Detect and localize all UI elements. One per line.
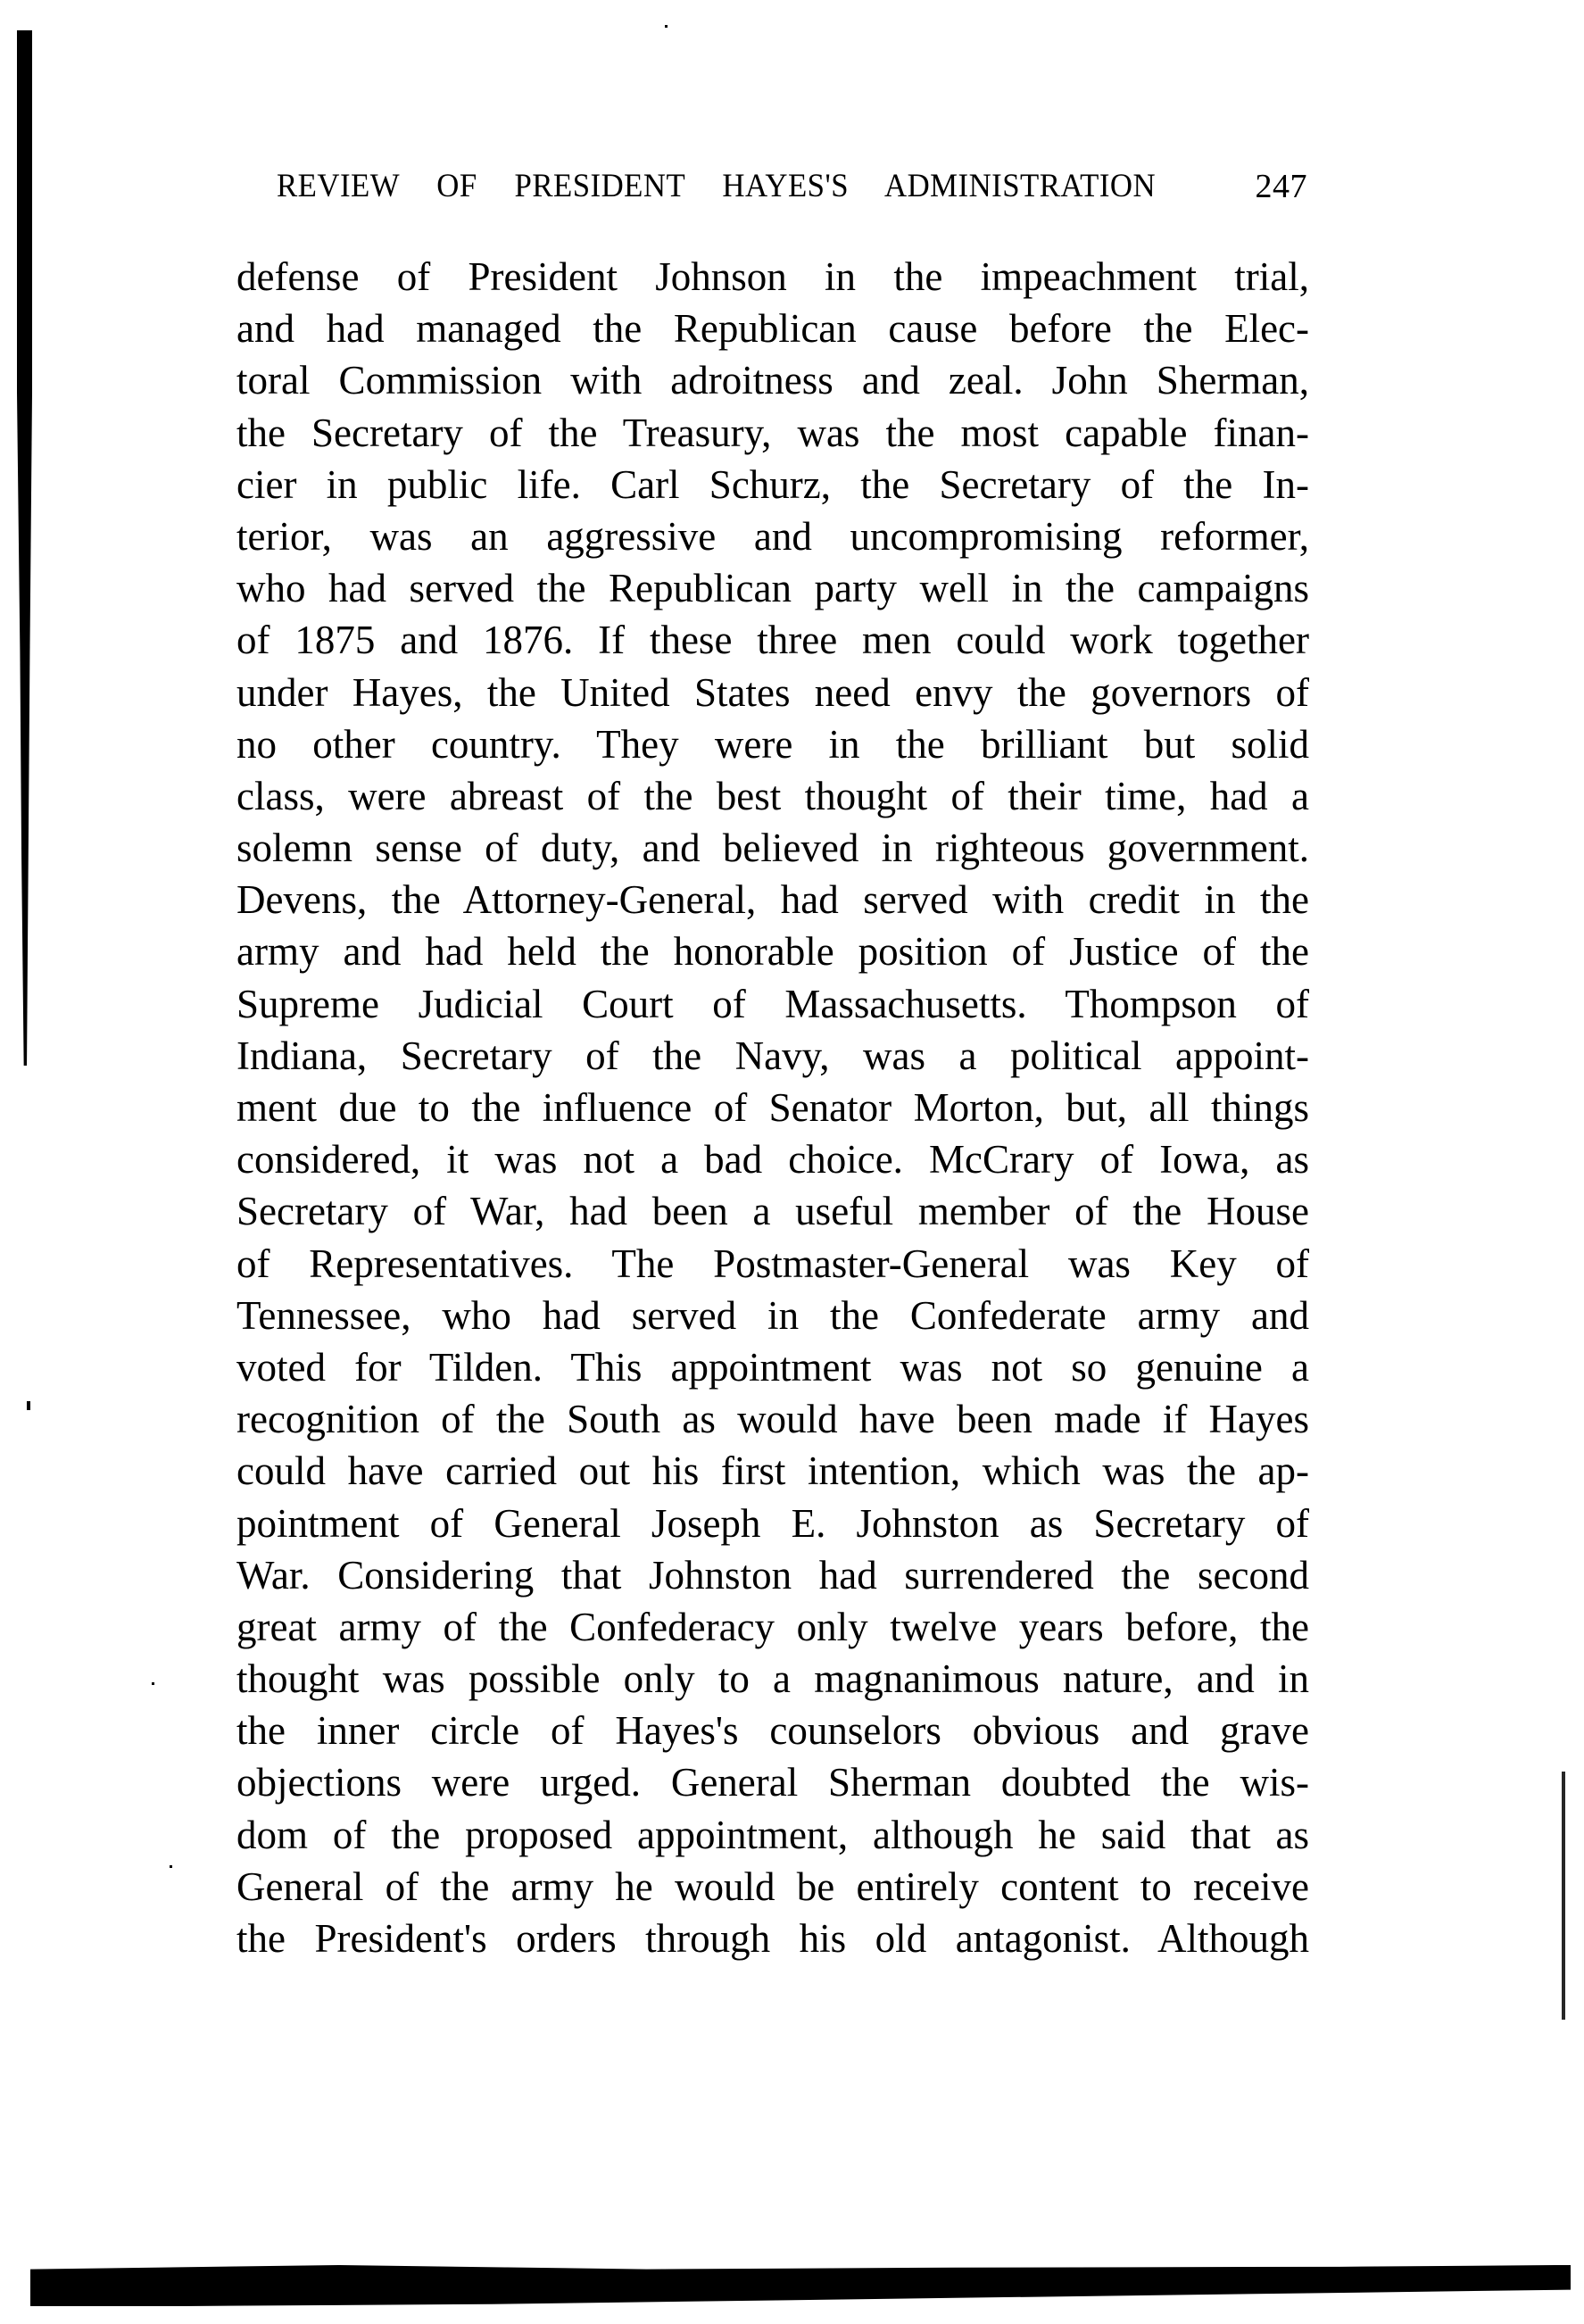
text-line-content: no other country. They were in the brill… [236, 718, 1309, 770]
text-line: Indiana, Secretary of the Navy, was a po… [236, 1030, 1309, 1082]
text-line-content: General of the army he would be entirely… [236, 1861, 1309, 1913]
text-line-content: who had served the Republican party well… [236, 562, 1309, 614]
text-line-content: thought was possible only to a magnanimo… [236, 1653, 1309, 1705]
running-head-title: REVIEW OF PRESIDENT HAYES'S ADMINISTRATI… [277, 166, 1156, 207]
text-line: terior, was an aggressive and uncompromi… [236, 510, 1309, 562]
body-text: defense of President Johnson in the impe… [236, 251, 1309, 1964]
text-line-content: defense of President Johnson in the impe… [236, 251, 1309, 303]
scan-edge-shadow-left [17, 30, 32, 1066]
text-line-content: cier in public life. Carl Schurz, the Se… [236, 459, 1309, 510]
scan-speck [152, 1682, 154, 1685]
text-line-content: the President's orders through his old a… [236, 1913, 1309, 1964]
text-line-content: recognition of the South as would have b… [236, 1393, 1309, 1445]
text-line: voted for Tilden. This appointment was n… [236, 1341, 1309, 1393]
text-line: thought was possible only to a magnanimo… [236, 1653, 1309, 1705]
text-line: cier in public life. Carl Schurz, the Se… [236, 459, 1309, 510]
text-line: and had managed the Republican cause bef… [236, 303, 1309, 354]
text-line: under Hayes, the United States need envy… [236, 667, 1309, 718]
text-line: defense of President Johnson in the impe… [236, 251, 1309, 303]
text-line-content: could have carried out his first intenti… [236, 1445, 1309, 1497]
scan-speck [665, 25, 668, 28]
text-line-content: Devens, the Attorney-General, had served… [236, 874, 1309, 925]
text-line-content: War. Considering that Johnston had surre… [236, 1549, 1309, 1601]
text-line-content: objections were urged. General Sherman d… [236, 1756, 1309, 1808]
text-line-content: voted for Tilden. This appointment was n… [236, 1341, 1309, 1393]
text-line-content: class, were abreast of the best thought … [236, 770, 1309, 822]
text-line-content: Secretary of War, had been a useful memb… [236, 1185, 1309, 1237]
text-line: Supreme Judicial Court of Massachusetts.… [236, 978, 1309, 1030]
text-line-content: solemn sense of duty, and believed in ri… [236, 822, 1309, 874]
text-line-content: dom of the proposed appointment, althoug… [236, 1809, 1309, 1861]
scan-speck [27, 1401, 30, 1410]
text-line-content: pointment of General Joseph E. Johnston … [236, 1498, 1309, 1549]
text-line: who had served the Republican party well… [236, 562, 1309, 614]
text-line-content: Supreme Judicial Court of Massachusetts.… [236, 978, 1309, 1030]
text-line-content: Indiana, Secretary of the Navy, was a po… [236, 1030, 1309, 1082]
text-line: Devens, the Attorney-General, had served… [236, 874, 1309, 925]
text-line: ment due to the influence of Senator Mor… [236, 1082, 1309, 1133]
text-line: the inner circle of Hayes's counselors o… [236, 1705, 1309, 1756]
text-line-content: terior, was an aggressive and uncompromi… [236, 510, 1309, 562]
text-line: dom of the proposed appointment, althoug… [236, 1809, 1309, 1861]
text-line-content: toral Commission with adroitness and zea… [236, 354, 1309, 406]
page-number: 247 [1256, 166, 1308, 207]
text-line: solemn sense of duty, and believed in ri… [236, 822, 1309, 874]
text-line-content: under Hayes, the United States need envy… [236, 667, 1309, 718]
text-line: toral Commission with adroitness and zea… [236, 354, 1309, 406]
text-line-content: of Representatives. The Postmaster-Gener… [236, 1238, 1309, 1290]
text-line: recognition of the South as would have b… [236, 1393, 1309, 1445]
text-line: great army of the Confederacy only twelv… [236, 1601, 1309, 1653]
text-line: pointment of General Joseph E. Johnston … [236, 1498, 1309, 1549]
text-line: the Secretary of the Treasury, was the m… [236, 407, 1309, 459]
text-line: Tennessee, who had served in the Confede… [236, 1290, 1309, 1341]
text-line: of Representatives. The Postmaster-Gener… [236, 1238, 1309, 1290]
text-line-content: the inner circle of Hayes's counselors o… [236, 1705, 1309, 1756]
text-line: General of the army he would be entirely… [236, 1861, 1309, 1913]
scan-edge-shadow-bottom [30, 2265, 1571, 2306]
text-line-content: and had managed the Republican cause bef… [236, 303, 1309, 354]
text-line-content: army and had held the honorable position… [236, 925, 1309, 977]
text-line-content: the Secretary of the Treasury, was the m… [236, 407, 1309, 459]
book-page: REVIEW OF PRESIDENT HAYES'S ADMINISTRATI… [0, 0, 1584, 2324]
text-line: considered, it was not a bad choice. McC… [236, 1133, 1309, 1185]
text-line-content: ment due to the influence of Senator Mor… [236, 1082, 1309, 1133]
text-line: of 1875 and 1876. If these three men cou… [236, 614, 1309, 666]
text-line-content: Tennessee, who had served in the Confede… [236, 1290, 1309, 1341]
text-line: no other country. They were in the brill… [236, 718, 1309, 770]
running-head: REVIEW OF PRESIDENT HAYES'S ADMINISTRATI… [277, 166, 1307, 207]
text-line: War. Considering that Johnston had surre… [236, 1549, 1309, 1601]
scan-edge-shadow-right [1562, 1772, 1565, 2020]
text-line: army and had held the honorable position… [236, 925, 1309, 977]
scan-speck [170, 1865, 172, 1868]
text-line: class, were abreast of the best thought … [236, 770, 1309, 822]
text-line: objections were urged. General Sherman d… [236, 1756, 1309, 1808]
text-line: the President's orders through his old a… [236, 1913, 1309, 1964]
text-line-content: of 1875 and 1876. If these three men cou… [236, 614, 1309, 666]
text-line-content: great army of the Confederacy only twelv… [236, 1601, 1309, 1653]
text-line-content: considered, it was not a bad choice. McC… [236, 1133, 1309, 1185]
text-line: could have carried out his first intenti… [236, 1445, 1309, 1497]
text-line: Secretary of War, had been a useful memb… [236, 1185, 1309, 1237]
